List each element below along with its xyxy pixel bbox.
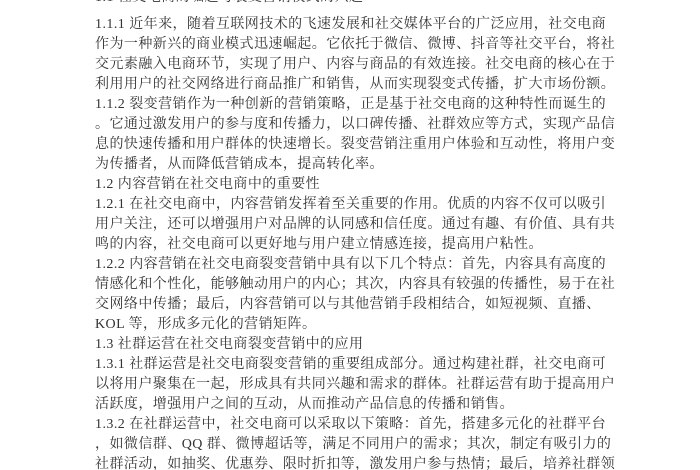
section-heading-line: 1.3 社群运营在社交电商裂变营销中的应用 — [95, 335, 621, 355]
section-heading-line: 1.1 社交电商的崛起与裂变营销模式的兴起 — [95, 0, 621, 8]
section-heading-line: 1.2 内容营销在社交电商中的重要性 — [95, 175, 621, 195]
text-line: 。它通过激发用户的参与度和传播力，以口碑传播、社群效应等方式，实现产品信 — [95, 115, 621, 135]
text-line: 活跃度，增强用户之间的互动，从而推动产品信息的传播和销售。 — [95, 395, 621, 415]
text-line: ，如微信群、QQ 群、微博超话等，满足不同用户的需求；其次，制定有吸引力的 — [95, 435, 621, 455]
text-line: 作为一种新兴的商业模式迅速崛起。它依托于微信、微博、抖音等社交平台，将社 — [95, 35, 621, 55]
document-page: 1.1 社交电商的崛起与裂变营销模式的兴起1.1.1 近年来，随着互联网技术的飞… — [0, 0, 700, 470]
text-line: 交元素融入电商环节，实现了用户、内容与商品的有效连接。社交电商的核心在于 — [95, 55, 621, 75]
text-line: 以将用户聚集在一起，形成具有共同兴趣和需求的群体。社群运营有助于提高用户 — [95, 375, 621, 395]
text-line: 1.3.1 社群运营是社交电商裂变营销的重要组成部分。通过构建社群，社交电商可 — [95, 355, 621, 375]
text-line: 情感化和个性化，能够触动用户的内心；其次，内容具有较强的传播性，易于在社 — [95, 275, 621, 295]
text-line: 为传播者，从而降低营销成本，提高转化率。 — [95, 155, 621, 175]
text-line: KOL 等，形成多元化的营销矩阵。 — [95, 315, 621, 335]
text-line: 社群活动，如抽奖、优惠券、限时折扣等，激发用户参与热情；最后，培养社群领 — [95, 455, 621, 470]
text-line: 利用用户的社交网络进行商品推广和销售，从而实现裂变式传播，扩大市场份额。 — [95, 75, 621, 95]
text-line: 1.2.1 在社交电商中，内容营销发挥着至关重要的作用。优质的内容不仅可以吸引 — [95, 195, 621, 215]
text-line: 1.2.2 内容营销在社交电商裂变营销中具有以下几个特点：首先，内容具有高度的 — [95, 255, 621, 275]
text-line: 交网络中传播；最后，内容营销可以与其他营销手段相结合，如短视频、直播、 — [95, 295, 621, 315]
text-line: 用户关注，还可以增强用户对品牌的认同感和信任度。通过有趣、有价值、具有共 — [95, 215, 621, 235]
document-text-block: 1.1 社交电商的崛起与裂变营销模式的兴起1.1.1 近年来，随着互联网技术的飞… — [95, 0, 621, 470]
text-line: 1.3.2 在社群运营中，社交电商可以采取以下策略：首先，搭建多元化的社群平台 — [95, 415, 621, 435]
text-line: 1.1.2 裂变营销作为一种创新的营销策略，正是基于社交电商的这种特性而诞生的 — [95, 95, 621, 115]
text-line: 1.1.1 近年来，随着互联网技术的飞速发展和社交媒体平台的广泛应用，社交电商 — [95, 15, 621, 35]
text-line: 息的快速传播和用户群体的快速增长。裂变营销注重用户体验和互动性，将用户变 — [95, 135, 621, 155]
text-line: 鸣的内容，社交电商可以更好地与用户建立情感连接，提高用户粘性。 — [95, 235, 621, 255]
